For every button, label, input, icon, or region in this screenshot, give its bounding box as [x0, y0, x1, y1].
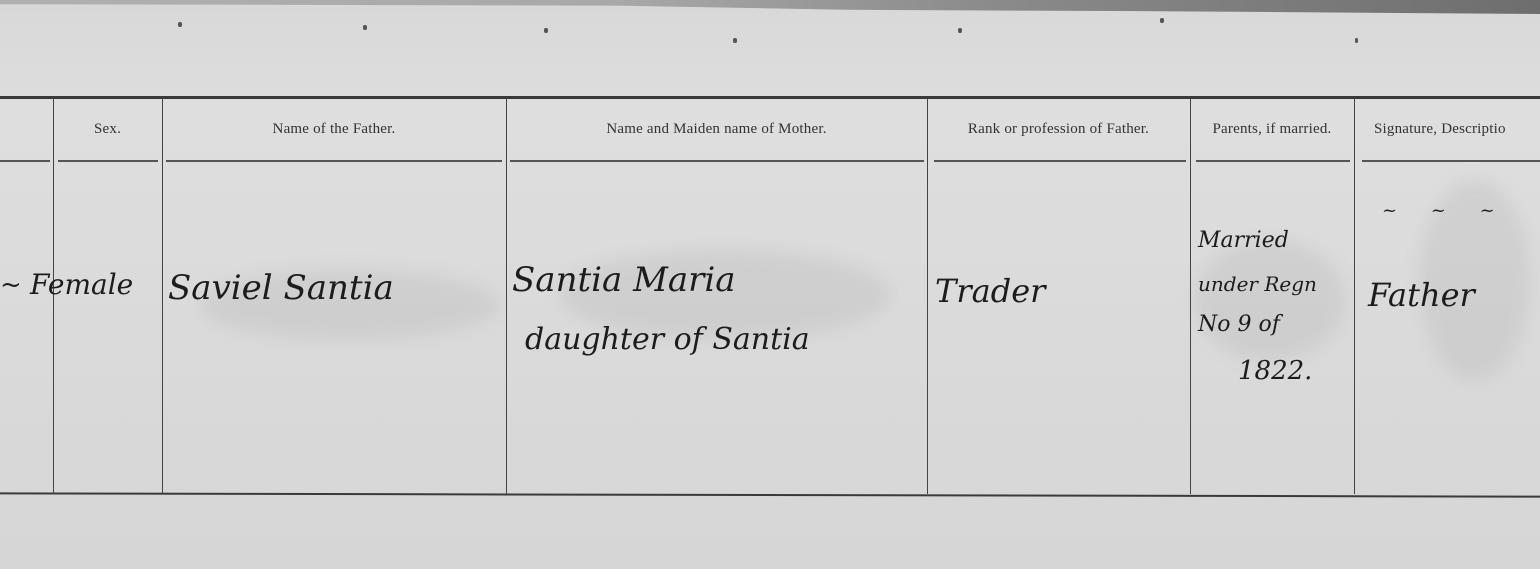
- header-underline: [1362, 160, 1540, 162]
- page-edge-shadow: [0, 0, 1540, 14]
- left-margin-mark: ~: [0, 270, 22, 300]
- header-mother-name: Name and Maiden name of Mother.: [506, 100, 927, 158]
- entry-sex: Female: [30, 268, 133, 301]
- header-underline: [934, 160, 1186, 162]
- entry-parents-married-line3: No 9 of: [1198, 312, 1280, 337]
- binding-hole-mark: [1160, 18, 1164, 23]
- binding-hole-mark: [363, 25, 367, 30]
- header-sex: Sex.: [53, 100, 162, 158]
- binding-hole-mark: [178, 22, 182, 27]
- entry-father-rank: Trader: [935, 272, 1045, 310]
- binding-hole-mark: [1355, 38, 1358, 43]
- entry-signature-father: Father: [1368, 276, 1475, 314]
- entry-parents-married-line1: Married: [1198, 228, 1289, 253]
- ink-smudge: [1195, 240, 1345, 360]
- binding-hole-mark: [958, 28, 962, 33]
- table-top-rule: [0, 96, 1540, 99]
- entry-father-name: Saviel Santia: [168, 268, 394, 308]
- entry-mother-name-line1: Santia Maria: [512, 260, 736, 300]
- binding-hole-mark: [733, 38, 737, 43]
- header-parents-married: Parents, if married.: [1190, 100, 1354, 158]
- header-father-name: Name of the Father.: [162, 100, 506, 158]
- header-underline: [58, 160, 158, 162]
- header-father-rank: Rank or profession of Father.: [927, 100, 1190, 158]
- entry-signature-mark: ~ ~ ~: [1382, 200, 1509, 221]
- entry-parents-married-line2: under Regn: [1198, 272, 1317, 296]
- entry-mother-name-line2: daughter of Santia: [525, 322, 810, 357]
- table-bottom-rule: [0, 492, 1540, 497]
- header-underline: [0, 160, 50, 162]
- binding-hole-mark: [544, 28, 548, 33]
- register-page: Sex. Name of the Father. Name and Maiden…: [0, 0, 1540, 569]
- header-underline: [1196, 160, 1350, 162]
- header-underline: [510, 160, 924, 162]
- header-underline: [166, 160, 502, 162]
- entry-parents-married-line4: 1822.: [1238, 356, 1312, 386]
- header-signature: Signature, Descriptio: [1354, 100, 1540, 158]
